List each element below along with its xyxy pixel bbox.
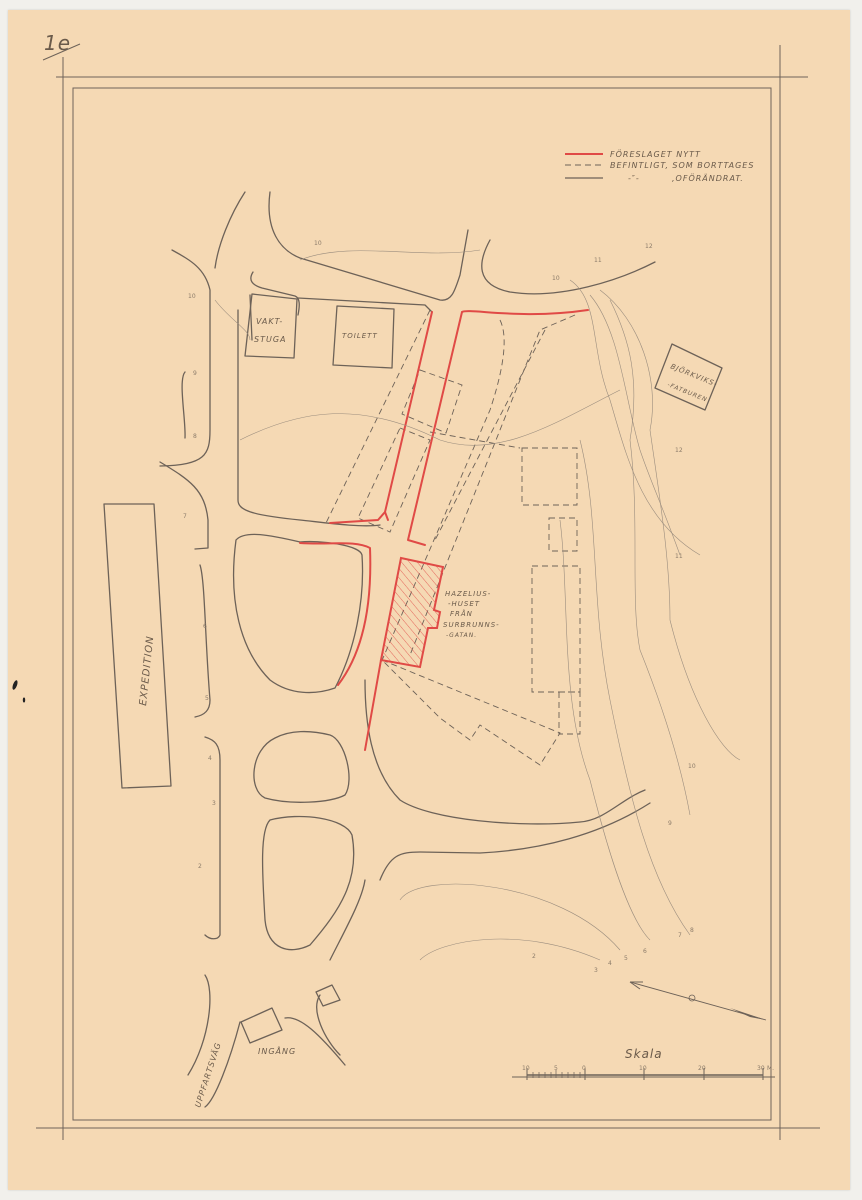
building-hazelius-huset[interactable]: HAZELIUS- -HUSET FRÅN SURBRUNNS- -GATAN.: [381, 558, 500, 667]
svg-text:Skala: Skala: [625, 1047, 663, 1061]
svg-text:10: 10: [639, 1065, 647, 1072]
svg-text:-FATBUREN: -FATBUREN: [666, 381, 708, 403]
svg-text:12: 12: [675, 447, 683, 454]
svg-text:11: 11: [594, 257, 602, 264]
legend: FÖRESLAGET NYTT BEFINTLIGT, SOM BORTTAGE…: [565, 149, 754, 183]
svg-text:SURBRUNNS-: SURBRUNNS-: [443, 621, 500, 629]
svg-text:12: 12: [645, 243, 653, 250]
svg-text:30: 30: [757, 1065, 765, 1072]
svg-text:10: 10: [688, 763, 696, 770]
building-vaktstuga[interactable]: VAKT- STUGA: [245, 294, 297, 358]
svg-text:TOILETT: TOILETT: [342, 332, 378, 340]
north-arrow: [630, 982, 766, 1020]
svg-text:9: 9: [668, 820, 672, 827]
svg-text:6: 6: [643, 948, 647, 955]
svg-text:HAZELIUS-: HAZELIUS-: [445, 590, 491, 598]
svg-text:11: 11: [675, 553, 683, 560]
svg-text:3: 3: [594, 967, 598, 974]
svg-text:M.: M.: [767, 1065, 774, 1072]
svg-text:0: 0: [582, 1065, 586, 1072]
ink-marks: [11, 680, 25, 703]
svg-text:VAKT-: VAKT-: [256, 317, 283, 326]
svg-text:EXPEDITION: EXPEDITION: [138, 635, 156, 706]
svg-text:-″-: -″-: [628, 174, 640, 183]
svg-text:10: 10: [552, 275, 560, 282]
svg-text:5: 5: [205, 695, 209, 702]
svg-text:,OFÖRÄNDRAT.: ,OFÖRÄNDRAT.: [672, 173, 744, 183]
svg-text:-GATAN.: -GATAN.: [446, 632, 477, 639]
svg-text:INGÅNG: INGÅNG: [258, 1045, 296, 1056]
building-expedition[interactable]: EXPEDITION: [104, 504, 171, 788]
svg-text:3: 3: [212, 800, 216, 807]
site-plan-drawing: 1e FÖRESLAGET NYTT BEFINTLIGT, SOM BORTT…: [0, 0, 862, 1200]
svg-text:4: 4: [608, 960, 612, 967]
svg-text:5: 5: [554, 1065, 558, 1072]
proposed-new-roads: [300, 310, 588, 750]
svg-text:STUGA: STUGA: [254, 335, 287, 344]
road-labels: UPPFARTSVÄG INGÅNG: [192, 1041, 296, 1109]
svg-text:5: 5: [624, 955, 628, 962]
svg-text:2: 2: [532, 953, 536, 960]
existing-to-be-removed: [326, 310, 580, 765]
svg-text:2: 2: [198, 863, 202, 870]
svg-text:10: 10: [314, 240, 322, 247]
svg-text:10: 10: [188, 293, 196, 300]
svg-text:FRÅN: FRÅN: [450, 609, 473, 618]
svg-text:10: 10: [522, 1065, 530, 1072]
svg-text:4: 4: [208, 755, 212, 762]
svg-text:7: 7: [183, 513, 187, 520]
svg-text:-HUSET: -HUSET: [448, 600, 480, 608]
building-toilett[interactable]: TOILETT: [333, 306, 394, 368]
svg-text:UPPFARTSVÄG: UPPFARTSVÄG: [192, 1041, 223, 1109]
scale-bar: Skala 10 5 0 10 20 30 M.: [512, 1047, 775, 1080]
sheet-number: 1e: [43, 31, 80, 60]
svg-text:FÖRESLAGET NYTT: FÖRESLAGET NYTT: [610, 149, 701, 159]
svg-text:1e: 1e: [44, 31, 71, 55]
svg-text:6: 6: [203, 623, 207, 630]
building-bjorkviks-fatburen[interactable]: BJÖRKVIKS- -FATBUREN: [655, 344, 722, 410]
svg-text:BEFINTLIGT, SOM BORTTAGES: BEFINTLIGT, SOM BORTTAGES: [610, 161, 754, 170]
svg-text:8: 8: [193, 433, 197, 440]
svg-text:20: 20: [698, 1065, 706, 1072]
svg-text:7: 7: [678, 932, 682, 939]
svg-text:8: 8: [690, 927, 694, 934]
svg-text:9: 9: [193, 370, 197, 377]
